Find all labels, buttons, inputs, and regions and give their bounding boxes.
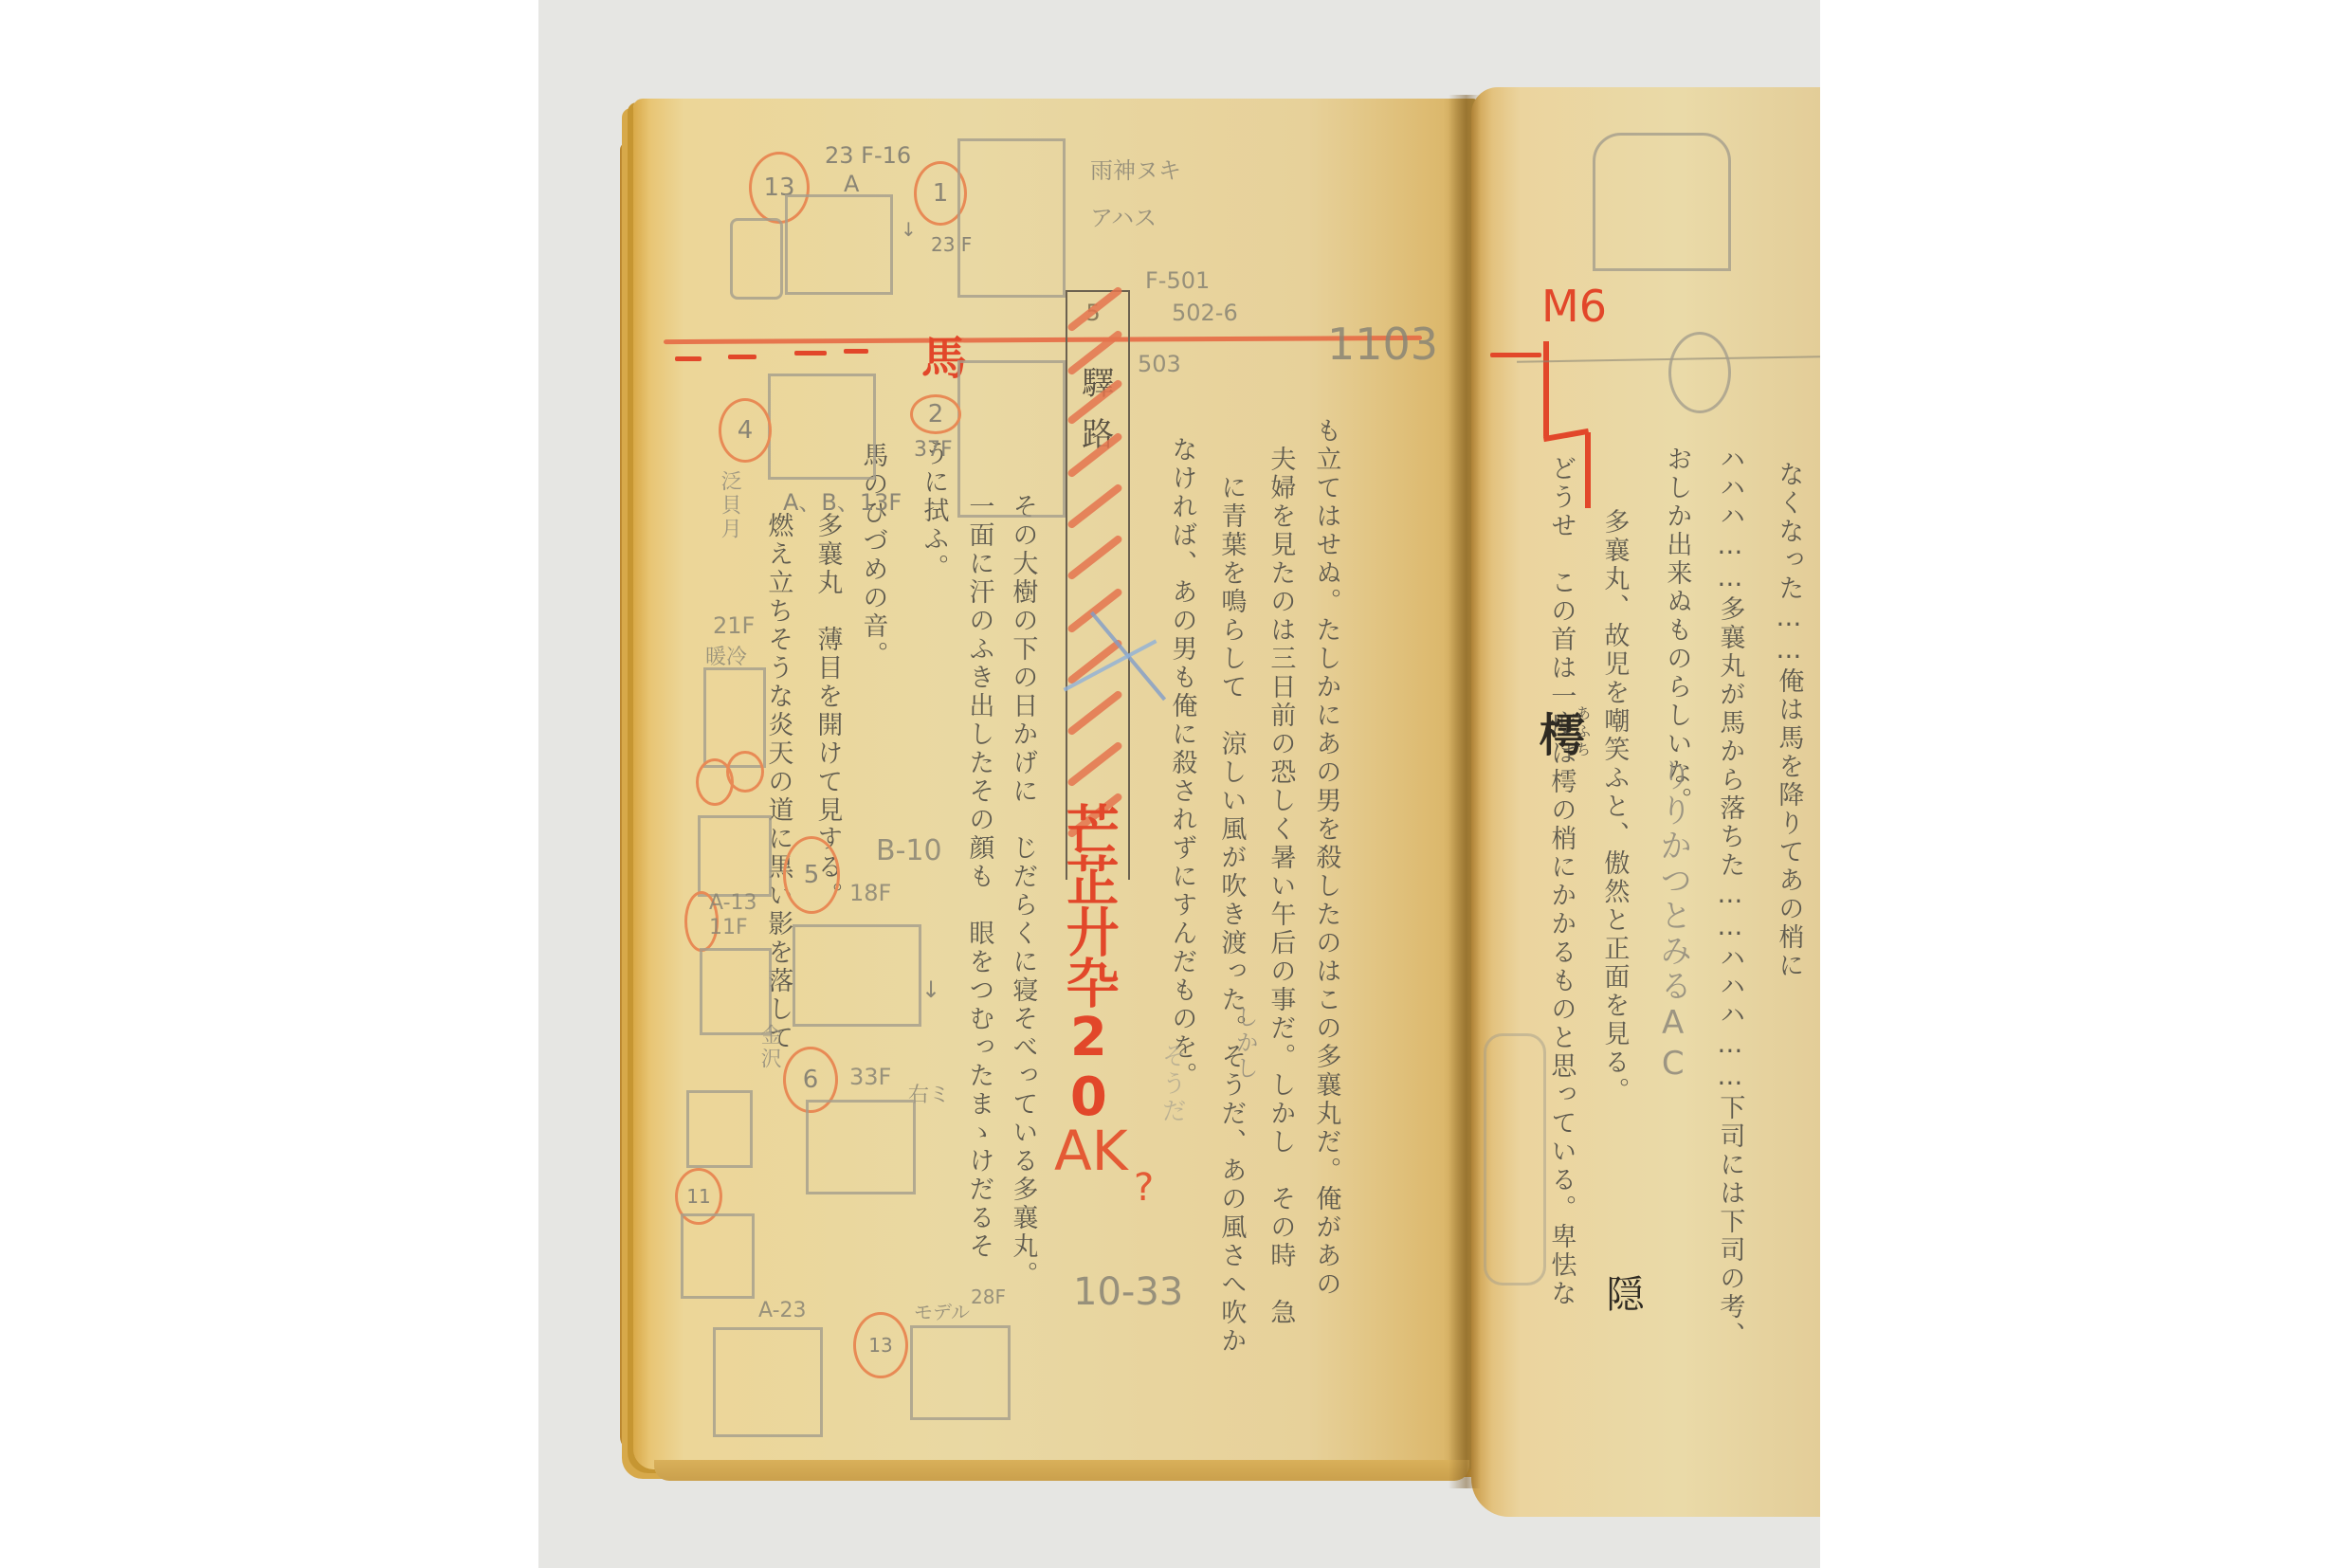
storyboard-frames: 11F (709, 916, 748, 939)
script-column: も立てはせぬ。たしかにあの男を殺したのはこの多襄丸だ。俺があの (1312, 417, 1339, 1299)
cut-code: 23 F-16 (825, 142, 911, 169)
storyboard-frames: 33F (849, 1064, 891, 1090)
red-marker: M6 (1541, 281, 1607, 332)
storyboard-label: A、B、13F (783, 483, 902, 517)
storyboard-frames: 28F (971, 1285, 1006, 1308)
red-question-mark: ? (1134, 1166, 1154, 1210)
script-column: その大樹の下の日かげに じだらくに寝そべっている多襄丸。 (1009, 493, 1035, 1289)
script-column: 一面に汗のふき出したその顔も 眼をつむったまゝけだるそ (965, 493, 992, 1261)
storyboard-panel (768, 374, 876, 480)
script-column: に青葉を鳴らして 涼しい風が吹き渡った。そうだ、あの風さへ吹か (1217, 474, 1244, 1356)
script-column: なくなった……俺は馬を降りてあの梢に (1775, 461, 1801, 980)
storyboard-frames: 21F (713, 612, 755, 639)
script-column: ハハハ……多襄丸が馬から落ちた……ハハハ……下司には下司の考、 (1716, 446, 1742, 1350)
pencil-edit: しかし (1232, 1005, 1256, 1082)
cut-number: F-501 (1145, 267, 1210, 294)
storyboard-panel (910, 1325, 1011, 1420)
storyboard-sketch (730, 218, 783, 300)
storyboard-panel (806, 1100, 916, 1194)
red-bracket (1543, 341, 1549, 436)
red-dash (1490, 353, 1541, 357)
red-dash (675, 356, 702, 361)
model-note: モデル (914, 1297, 970, 1324)
script-column: 多襄丸、故児を嘲笑ふと、傲然と正面を見る。 (1600, 508, 1627, 1105)
storyboard-panel (700, 948, 772, 1035)
arrow-icon: ↓ (921, 976, 940, 1003)
pencil-sketch-figure (1593, 133, 1731, 271)
storyboard-label: A-13 (709, 891, 757, 915)
panel-number-circle: 5 (783, 836, 840, 914)
script-column: 夫婦を見たのは三日前の恐しく暑い午后の事だ。しかし その時 急 (1267, 446, 1293, 1327)
storyboard-panel (785, 194, 893, 295)
pencil-side-note: そうだ (1158, 1043, 1184, 1125)
storyboard-label: A-23 (758, 1299, 807, 1322)
red-dash (728, 355, 756, 359)
storyboard-panel (698, 815, 772, 897)
panel-number-circle: 4 (719, 398, 772, 463)
right-page (1471, 87, 1820, 1517)
storyboard-panel (957, 360, 1066, 518)
red-ak-note: AK (1054, 1119, 1128, 1183)
panel-number-circle (726, 751, 764, 793)
storyboard-panel-crossed (686, 1090, 753, 1168)
storyboard-panel (681, 1213, 755, 1299)
pencil-sketch-face (1668, 332, 1731, 413)
margin-note: アハス (1090, 199, 1157, 232)
red-dash (794, 351, 827, 356)
cut-code-sub: A (844, 171, 859, 197)
arrow-icon: ↓ (901, 218, 917, 241)
cut-number: 502-6 (1172, 300, 1238, 326)
red-bracket (1585, 432, 1591, 508)
storyboard-panel (957, 138, 1066, 298)
book-bottom-edge (654, 1460, 1469, 1481)
storyboard-note: 泛貝月 (719, 470, 740, 541)
storyboard-frames: 18F (849, 880, 891, 906)
page-code: 1103 (1327, 319, 1438, 370)
ink-correction: 隠 (1602, 1274, 1642, 1315)
red-dash (844, 349, 868, 354)
pencil-note: りりかつとみるAC (1655, 758, 1689, 1085)
panel-number-circle: 13 (853, 1312, 908, 1378)
margin-note: 雨神ヌキ (1090, 152, 1181, 185)
storyboard-label: B-10 (876, 834, 942, 867)
storyboard-frames: 37F (914, 438, 953, 462)
section-marker: 馬 (916, 334, 963, 382)
red-cut-code: 芒芷廾卆20 (1060, 802, 1116, 1126)
cut-number: 503 (1138, 351, 1181, 377)
pencil-sketch-figure (1484, 1033, 1546, 1285)
storyboard-note: 金沢 (758, 1024, 780, 1071)
furigana: あふち (1574, 705, 1590, 759)
script-column: なければ、あの男も俺に殺されずにすんだものを。 (1168, 436, 1194, 1090)
storyboard-panel (793, 924, 921, 1027)
storyboard-note: 暖冷 (705, 641, 747, 670)
book-spine-shadow (1449, 95, 1481, 1488)
script-column: どうせ この首は一度は樗の梢にかかるものと思っている。卑怯な (1547, 455, 1574, 1308)
storyboard-panel (713, 1327, 823, 1437)
panel-number-circle: 2 (910, 394, 961, 434)
bottom-cut-number: 10-33 (1073, 1270, 1183, 1314)
